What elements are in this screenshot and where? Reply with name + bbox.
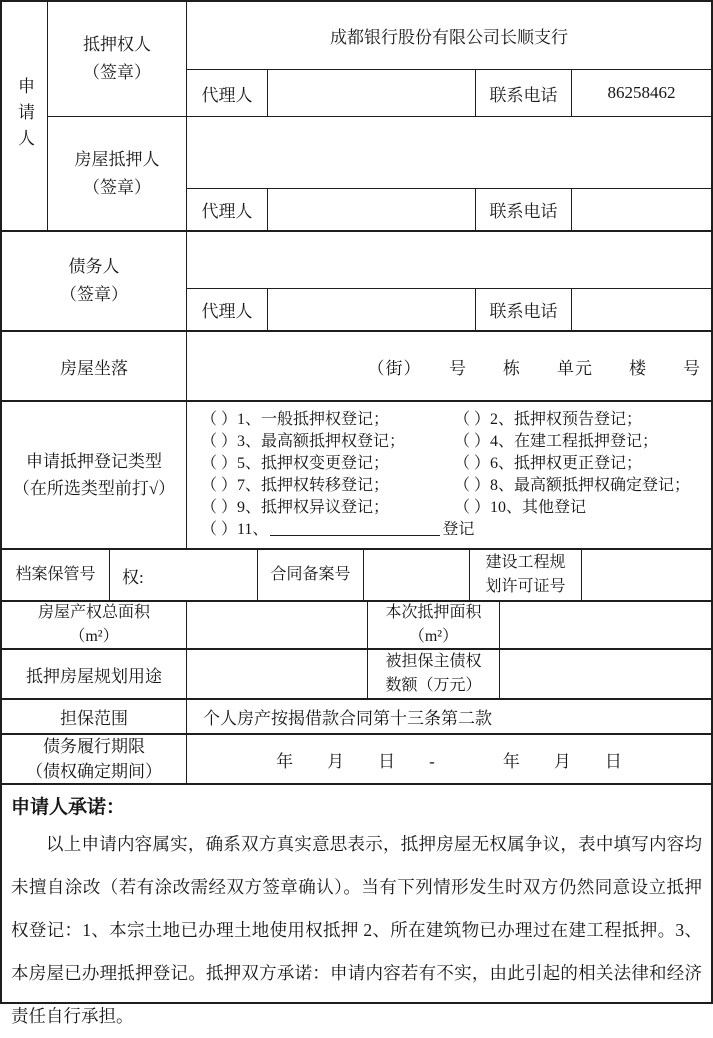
commitment-title: 申请人承诺： (11, 793, 702, 823)
registration-type-options: （ ）1、一般抵押权登记； （ ）2、抵押权预告登记； （ ）3、最高额抵押权登… (187, 402, 711, 548)
area-row: 房屋产权总面积 （m²） 本次抵押面积 （m²） (2, 602, 711, 650)
mortgagee-name-value: 成都银行股份有限公司长顺支行 (187, 2, 711, 70)
location-label: 房屋坐落 (2, 332, 187, 400)
option-4: （ ）4、在建工程抵押登记； (454, 431, 707, 453)
debtor-phone-label: 联系电话 (476, 289, 572, 330)
mortgagee-phone-value: 86258462 (572, 70, 711, 116)
debtor-agent-value (268, 289, 476, 330)
mortgagor-agent-value (268, 189, 476, 230)
mortgagor-block: 房屋抵押人 （签章） 代理人 联系电话 (48, 117, 711, 230)
planned-use-value (187, 650, 368, 698)
option-1: （ ）1、一般抵押权登记； (201, 409, 454, 431)
planned-use-label: 抵押房屋规划用途 (2, 650, 187, 698)
mortgage-area-label: 本次抵押面积 （m²） (368, 602, 500, 648)
mortgagee-agent-label: 代理人 (187, 70, 268, 116)
debtor-name-value (187, 232, 711, 289)
debtor-section: 债务人 （签章） 代理人 联系电话 (2, 232, 711, 332)
option-11-suffix: 登记 (442, 519, 474, 541)
location-row: 房屋坐落 （街） 号 栋 单元 楼 号 (2, 332, 711, 402)
contract-number-label: 合同备案号 (258, 550, 364, 600)
applicant-body: 抵押权人 （签章） 成都银行股份有限公司长顺支行 代理人 联系电话 862584… (48, 2, 711, 230)
option-11-blank-line (270, 519, 440, 536)
option-2: （ ）2、抵押权预告登记； (454, 409, 707, 431)
period-row: 债务履行期限 （债权确定期间） 年 月 日 - 年 月 日 (2, 735, 711, 785)
option-9: （ ）9、抵押权异议登记； (201, 497, 454, 519)
archive-label: 档案保管号 (2, 550, 110, 600)
contract-number-value (364, 550, 470, 600)
option-3: （ ）3、最高额抵押权登记； (201, 431, 454, 453)
option-6: （ ）6、抵押权更正登记； (454, 453, 707, 475)
mortgagee-block: 抵押权人 （签章） 成都银行股份有限公司长顺支行 代理人 联系电话 862584… (48, 2, 711, 117)
guarantee-label: 担保范围 (2, 700, 187, 733)
applicant-group-label: 申请人 (2, 2, 48, 230)
archive-value: 权: (110, 550, 258, 600)
option-5: （ ）5、抵押权变更登记； (201, 453, 454, 475)
mortgagee-label: 抵押权人 （签章） (48, 2, 187, 116)
mortgagor-phone-value (572, 189, 711, 230)
archive-row: 档案保管号 权: 合同备案号 建设工程规 划许可证号 (2, 550, 711, 602)
option-7: （ ）7、抵押权转移登记； (201, 475, 454, 497)
applicant-section: 申请人 抵押权人 （签章） 成都银行股份有限公司长顺支行 代理人 联系电话 86… (2, 2, 711, 232)
mortgagor-agent-label: 代理人 (187, 189, 268, 230)
permit-number-value (582, 550, 711, 600)
option-8: （ ）8、最高额抵押权确定登记； (454, 475, 707, 497)
total-area-label: 房屋产权总面积 （m²） (2, 602, 187, 648)
mortgagor-phone-label: 联系电话 (476, 189, 572, 230)
debtor-label: 债务人 （签章） (2, 232, 187, 330)
debtor-agent-label: 代理人 (187, 289, 268, 330)
secured-debt-value (500, 650, 711, 698)
mortgagor-name-value (187, 117, 711, 189)
option-10: （ ）10、其他登记 (454, 497, 707, 519)
guarantee-value: 个人房产按揭借款合同第十三条第二款 (187, 700, 711, 733)
mortgagee-phone-label: 联系电话 (476, 70, 572, 116)
guarantee-row: 担保范围 个人房产按揭借款合同第十三条第二款 (2, 700, 711, 735)
purpose-row: 抵押房屋规划用途 被担保主债权 数额（万元） (2, 650, 711, 700)
total-area-value (187, 602, 368, 648)
registration-type-label: 申请抵押登记类型 （在所选类型前打√） (2, 402, 187, 548)
period-value: 年 月 日 - 年 月 日 (187, 735, 711, 783)
location-value: （街） 号 栋 单元 楼 号 (187, 332, 711, 400)
commitment-body: 以上申请内容属实，确系双方真实意思表示，抵押房屋无权属争议，表中填写内容均未擅自… (11, 823, 702, 1038)
debtor-phone-value (572, 289, 711, 330)
permit-number-label: 建设工程规 划许可证号 (470, 550, 582, 600)
mortgage-area-value (500, 602, 711, 648)
mortgagor-label: 房屋抵押人 （签章） (48, 117, 187, 230)
mortgage-registration-form: 申请人 抵押权人 （签章） 成都银行股份有限公司长顺支行 代理人 联系电话 86… (0, 0, 713, 1004)
period-label: 债务履行期限 （债权确定期间） (2, 735, 187, 783)
option-11: （ ）11、登记 (201, 519, 707, 541)
option-11-prefix: （ ）11、 (201, 519, 268, 541)
registration-type-section: 申请抵押登记类型 （在所选类型前打√） （ ）1、一般抵押权登记； （ ）2、抵… (2, 402, 711, 550)
secured-debt-label: 被担保主债权 数额（万元） (368, 650, 500, 698)
commitment-section: 申请人承诺： 以上申请内容属实，确系双方真实意思表示，抵押房屋无权属争议，表中填… (2, 785, 711, 1038)
mortgagee-agent-value (268, 70, 476, 116)
